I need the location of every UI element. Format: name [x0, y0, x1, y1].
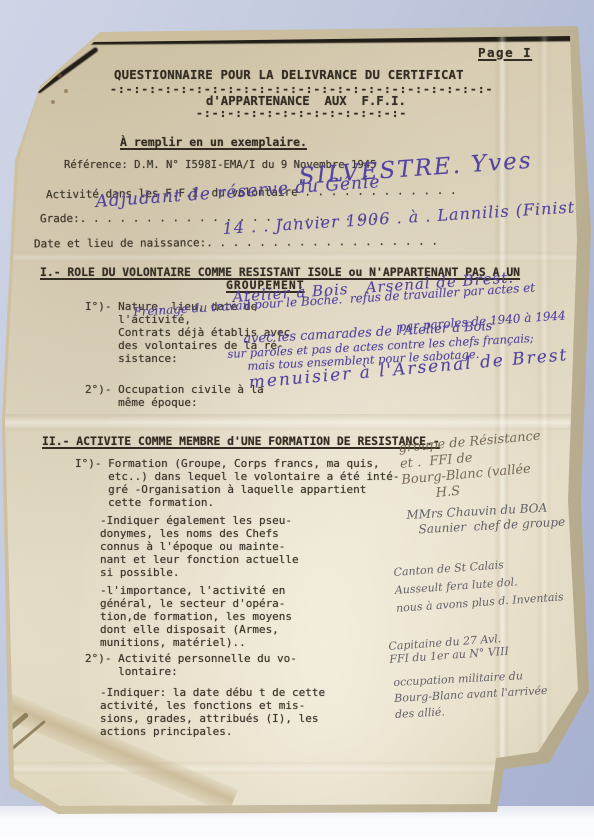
title-separator-2: -:-:-:-:-:-:-:-:-:-:-:-:-:-	[196, 107, 407, 120]
grade-value-handwritten: Adjudant de réserve du Génie	[95, 172, 381, 212]
section2-note-importance: -l'importance, l'activité en général, le…	[100, 584, 292, 649]
section2-q1-label: I°)- Formation (Groupe, Corps francs, ma…	[75, 457, 400, 509]
paper-sheet: Page I QUESTIONNAIRE POUR LA DELIVRANCE …	[0, 0, 594, 840]
occupation-annotation-handwritten: occupation militaire du Bourg-Blanc avan…	[393, 667, 549, 723]
formation-annotation-handwritten: groupe de Résistance et . FFI de Bourg-B…	[398, 429, 545, 505]
page-label: Page I	[478, 46, 532, 59]
fill-instruction: À remplir en un exemplaire.	[120, 136, 307, 149]
capitaine-annotation-handwritten: Capitaine du 27 Avl. FFI du 1er au N° VI…	[388, 632, 509, 666]
paper-corner-edge-shadow	[36, 47, 99, 95]
paper-stain-speck	[51, 100, 55, 104]
horizontal-fold-crease	[0, 414, 594, 430]
section2-q2-label: 2°)- Activité personnelle du vo- lontair…	[85, 652, 297, 678]
doc-title-line1: QUESTIONNAIRE POUR LA DELIVRANCE DU CERT…	[114, 69, 464, 82]
paper-stain-speck	[64, 89, 68, 93]
scanned-document-scene: Page I QUESTIONNAIRE POUR LA DELIVRANCE …	[0, 0, 594, 840]
section2-note-pseudonymes: -Indiquer également les pseu- donymes, l…	[100, 514, 299, 579]
horizontal-fold-crease	[0, 252, 594, 262]
section1-q2-label: 2°)- Occupation civile à la même époque:	[85, 383, 264, 409]
section2-note-indiquer: -Indiquer: la date débu t de cette activ…	[100, 686, 325, 738]
section2-heading: II.- ACTIVITE COMME MEMBRE d'UNE FORMATI…	[42, 435, 440, 448]
